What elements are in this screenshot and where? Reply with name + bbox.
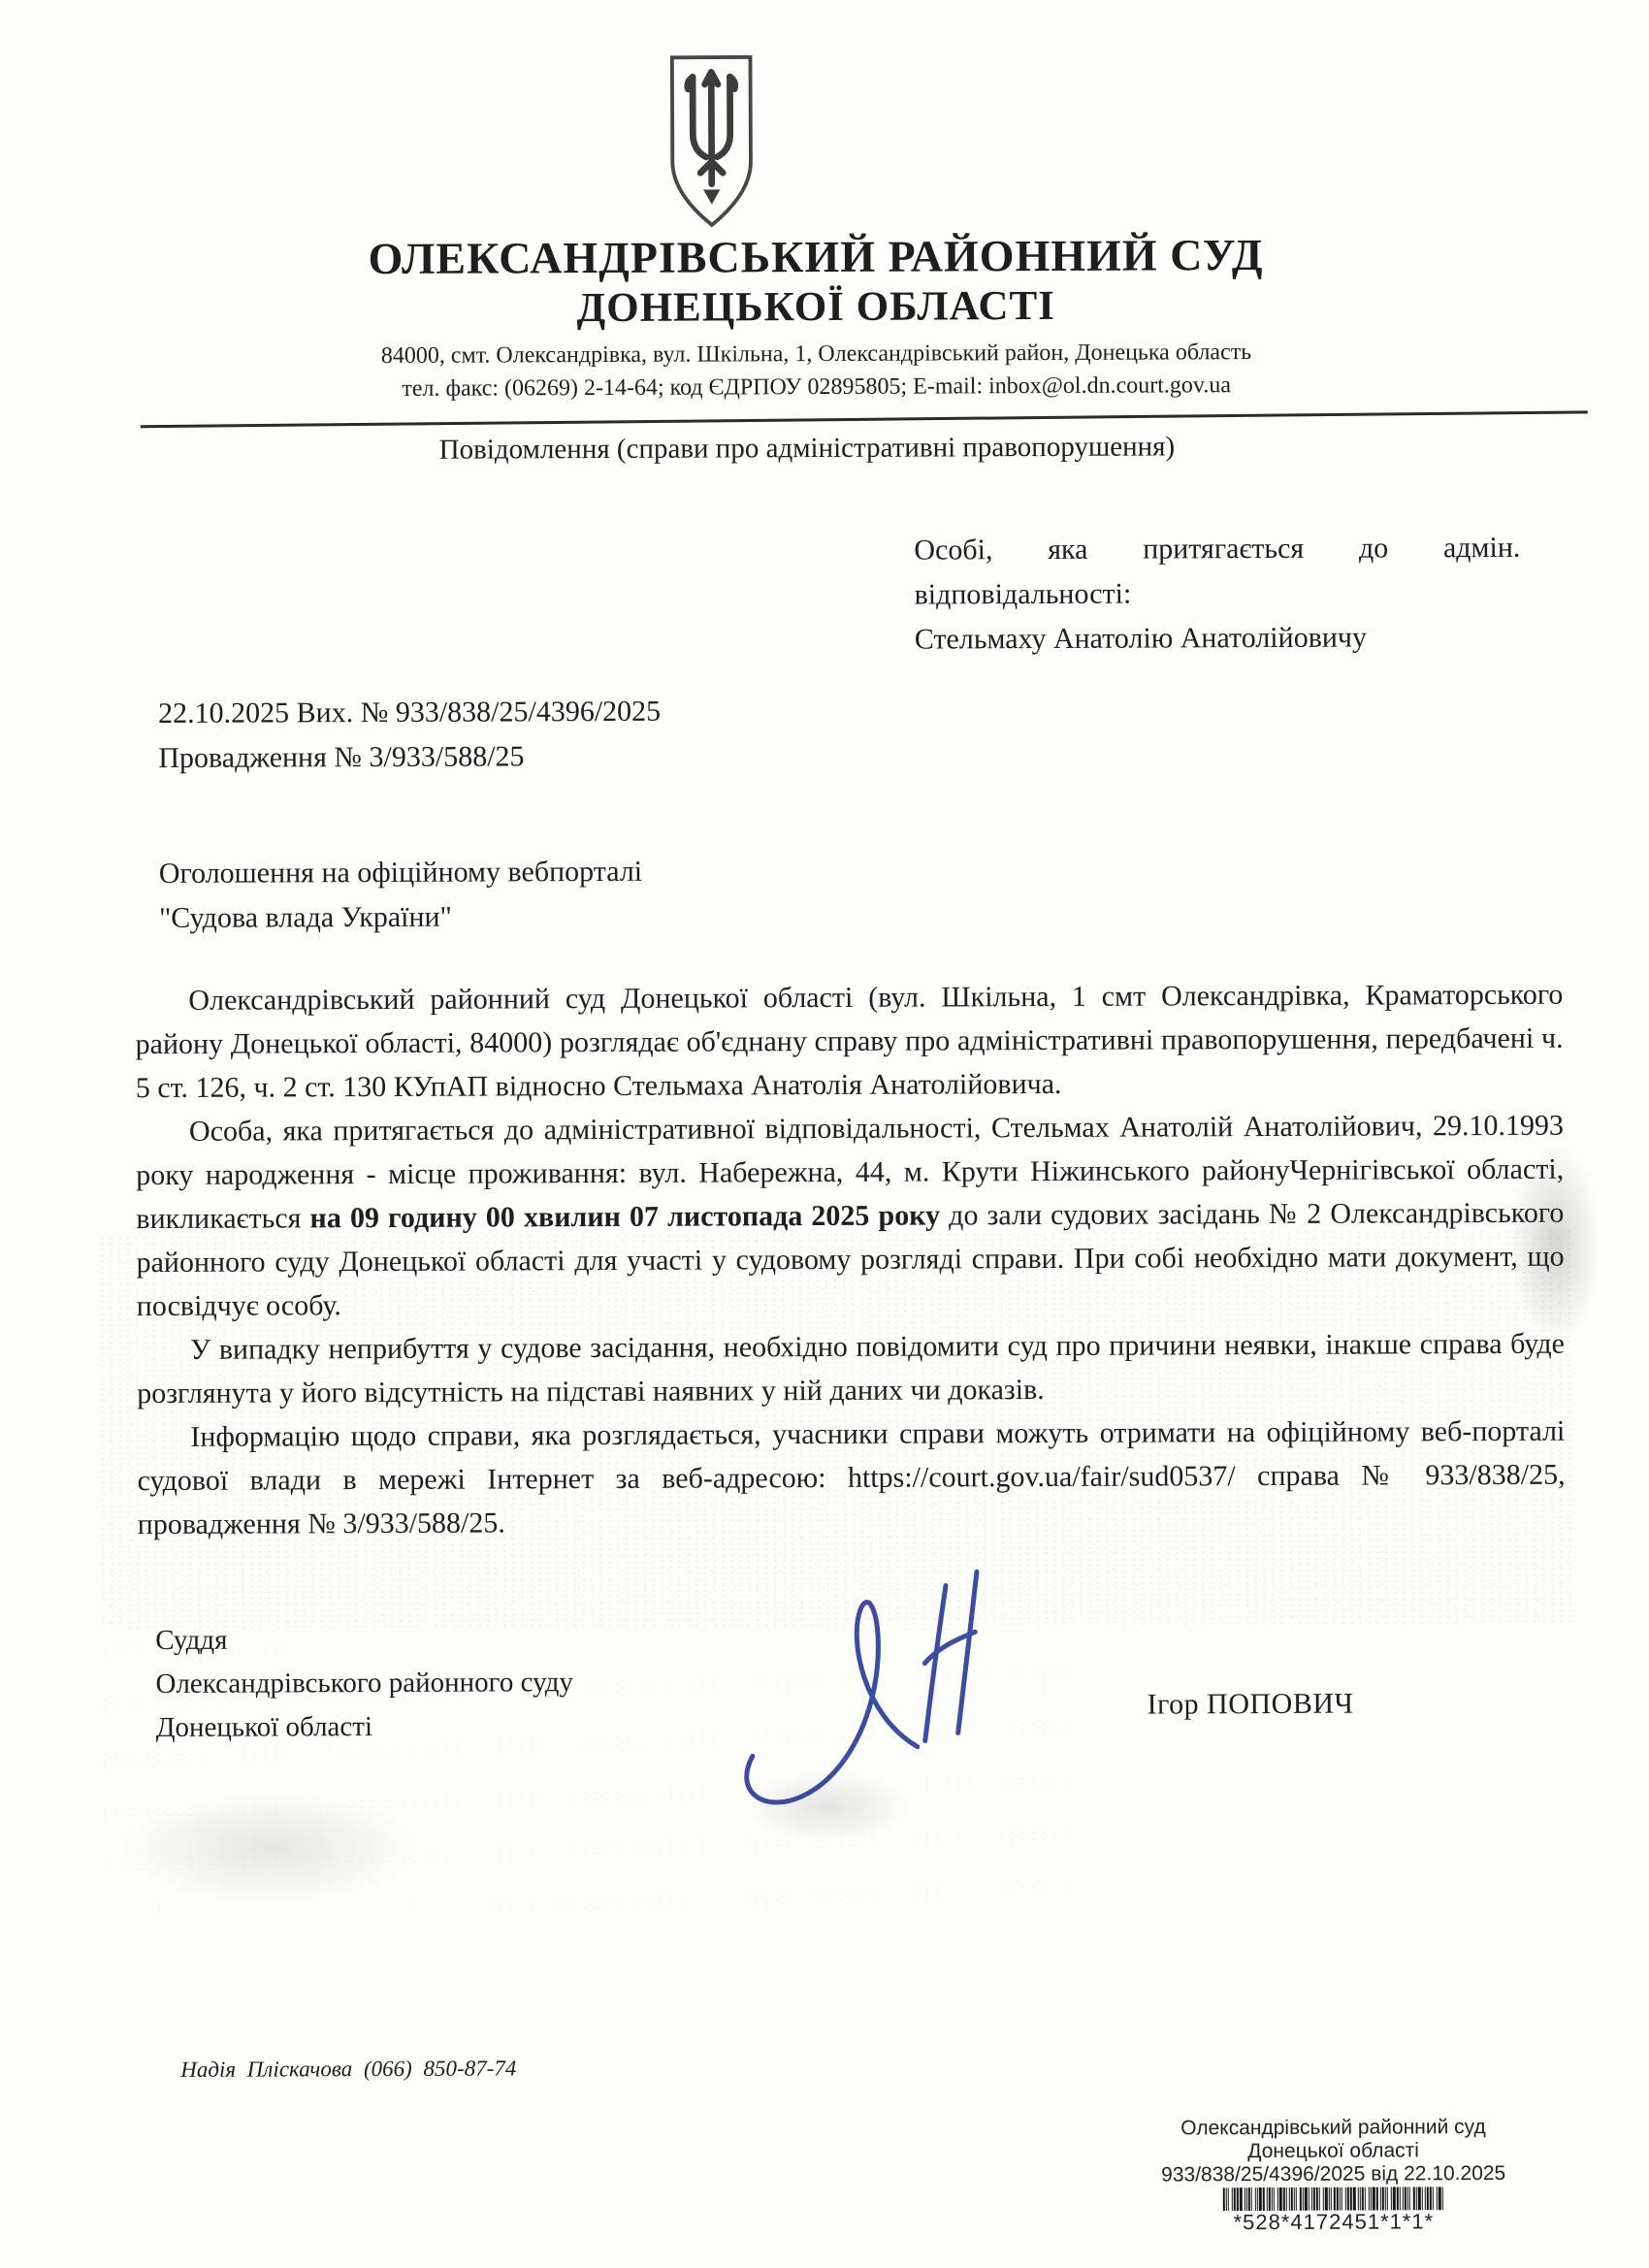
- barcode: [1088, 2187, 1578, 2212]
- stamp-number: 933/838/25/4396/2025 від 22.10.2025: [1062, 2161, 1605, 2187]
- scan-smudge: [119, 1792, 420, 1904]
- document-subject: Повідомлення (справи про адміністративні…: [89, 430, 1525, 468]
- judge-title-line3: Донецької області: [156, 1704, 574, 1750]
- document-content: ОЛЕКСАНДРІВСЬКИЙ РАЙОННИЙ СУД ДОНЕЦЬКОЇ …: [0, 0, 1649, 2268]
- announcement-line1: Оголошення на офіційному вебпорталі: [159, 850, 642, 896]
- coat-of-arms-icon: [664, 49, 759, 233]
- addressee-line1: Особі, яка притягається до адмін.: [914, 526, 1520, 573]
- judge-name: Ігор ПОПОВИЧ: [1147, 1688, 1353, 1722]
- addressee-line3: Стельмаху Анатолію Анатолійовичу: [915, 615, 1521, 663]
- announcement-line2: "Судова влада України": [159, 894, 642, 941]
- header-divider: [141, 410, 1588, 428]
- judge-title-line1: Суддя: [155, 1617, 573, 1663]
- paragraph-court-case: Олександрівський районний суд Донецької …: [135, 973, 1564, 1110]
- court-name-line2: ДОНЕЦЬКОЇ ОБЛАСТІ: [88, 280, 1543, 335]
- signature-block: Суддя Олександрівського районного суду Д…: [155, 1617, 573, 1750]
- stamp-court-line2: Донецької області: [1062, 2138, 1605, 2163]
- barcode-text: *528*4172451*1*1*: [1062, 2209, 1605, 2234]
- addressee-line2: відповідальності:: [914, 570, 1520, 618]
- hearing-datetime: на 09 годину 00 хвилин 07 листопада 2025…: [309, 1199, 940, 1234]
- addressee-block: Особі, яка притягається до адмін. відпов…: [914, 526, 1521, 663]
- reference-block: 22.10.2025 Вих. № 933/838/25/4396/2025 П…: [158, 690, 661, 781]
- paragraph-absence-warning: У випадку неприбуття у судове засідання,…: [137, 1322, 1565, 1415]
- paragraph-summons: Особа, яка притягається до адміністратив…: [136, 1104, 1565, 1328]
- scanned-court-document: ОЛЕКСАНДРІВСЬКИЙ РАЙОННИЙ СУД ДОНЕЦЬКОЇ …: [0, 0, 1649, 2268]
- proceeding-number: Провадження № 3/933/588/25: [158, 734, 661, 781]
- clerk-contact: Надія Пліскачова (066) 850-87-74: [180, 2056, 516, 2083]
- judge-handwritten-signature: [715, 1556, 1109, 1844]
- court-contacts: тел. факс: (06269) 2-14-64; код ЄДРПОУ 0…: [89, 372, 1544, 405]
- stamp-court-line1: Олександрівський районний суд: [1061, 2115, 1604, 2140]
- paragraph-case-info: Інформацію щодо справи, яка розглядаєтьс…: [137, 1409, 1566, 1546]
- outgoing-number: 22.10.2025 Вих. № 933/838/25/4396/2025: [158, 690, 661, 736]
- letter-body: Олександрівський районний суд Донецької …: [135, 973, 1566, 1546]
- court-name-line1: ОЛЕКСАНДРІВСЬКИЙ РАЙОННИЙ СУД: [88, 228, 1543, 286]
- announcement-block: Оголошення на офіційному вебпорталі "Суд…: [159, 850, 643, 941]
- court-address: 84000, смт. Олександрівка, вул. Шкільна,…: [88, 339, 1543, 372]
- judge-title-line2: Олександрівського районного суду: [155, 1661, 573, 1706]
- registration-stamp: Олександрівський районний суд Донецької …: [1061, 2115, 1605, 2234]
